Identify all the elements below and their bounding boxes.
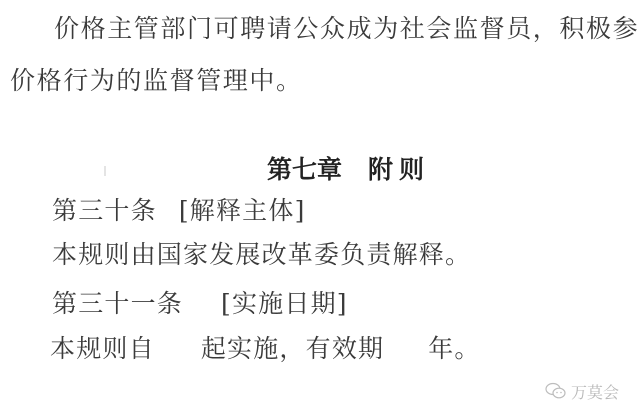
article-body-part-3: 年。 [428,334,480,363]
article-number: 第三十条 [52,196,157,225]
watermark: 万莫会 [545,380,619,402]
paragraph-line-2: 价格行为的监督管理中。 [10,66,303,96]
article-31-header: 第三十一条[实施日期] [52,289,348,319]
article-31-body: 本规则自起实施，有效期年。 [50,334,481,364]
article-body-part-2: 起实施，有效期 [201,334,384,363]
wechat-icon [545,382,567,400]
chapter-heading: 第七章附则 [267,155,424,185]
article-30-body: 本规则由国家发展改革委负责解释。 [52,240,471,270]
article-body-part-1: 本规则自 [50,334,155,363]
chapter-title-part-2: 则 [399,155,424,184]
article-number: 第三十一条 [52,289,183,318]
watermark-text: 万莫会 [571,380,619,403]
article-tag: [实施日期] [221,289,348,318]
article-tag: [解释主体] [179,196,306,225]
scan-artifact [104,166,106,176]
paragraph-line-1: 价格主管部门可聘请公众成为社会监督员，积极参与到药品 [54,14,640,44]
chapter-number: 第七章 [267,155,342,184]
article-30-header: 第三十条[解释主体] [52,196,306,226]
chapter-title-part-1: 附 [368,155,393,184]
